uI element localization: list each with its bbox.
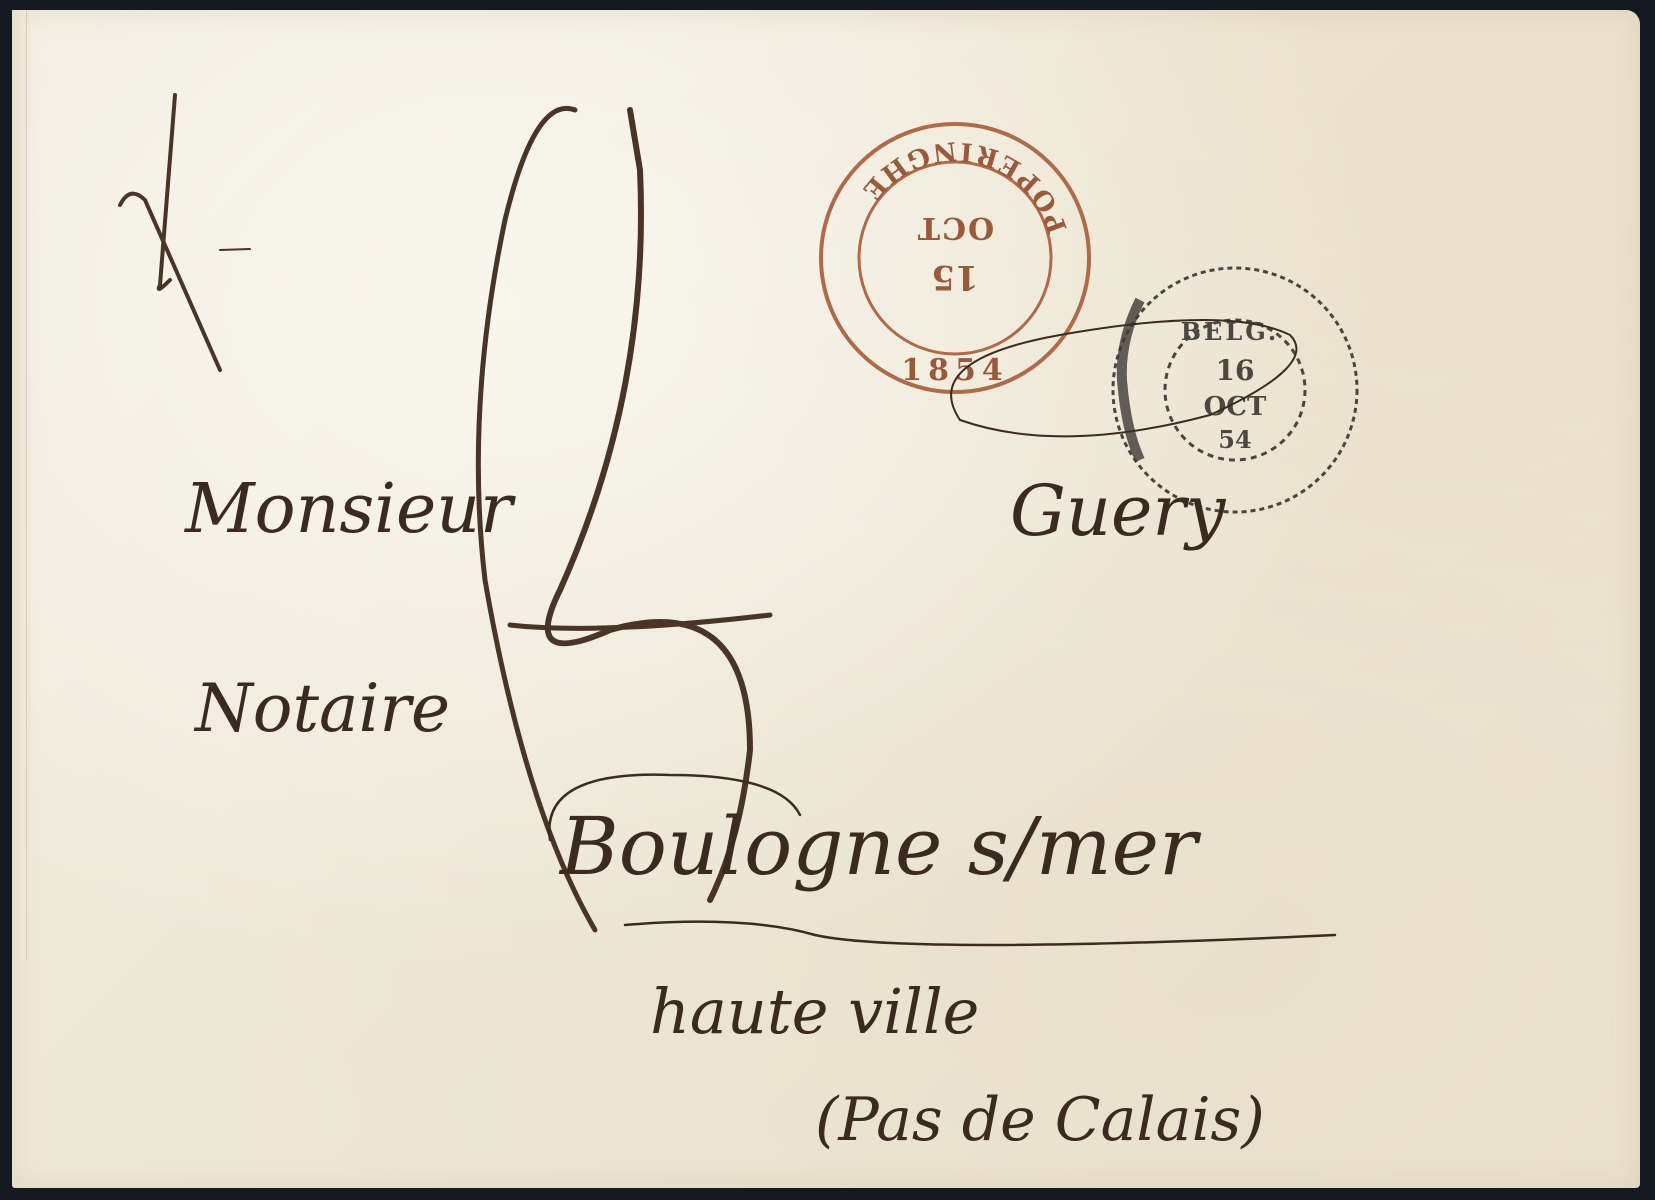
- address-profession: Notaire: [195, 670, 450, 747]
- address-salutation: Monsieur: [185, 470, 513, 549]
- manuscript-rate-2: [120, 95, 250, 370]
- poperinghe-datestamp: POPERINGHE 1854 15 OCT: [821, 124, 1089, 392]
- address-name: Guery: [1010, 470, 1225, 552]
- datestamp-year: 1854: [901, 353, 1009, 388]
- entry-stamp-month: OCT: [1204, 392, 1267, 422]
- address-city: Boulogne s/mer: [560, 800, 1197, 893]
- address-department: (Pas de Calais): [815, 1085, 1265, 1155]
- datestamp-month: OCT: [916, 210, 994, 245]
- entry-stamp-year: 54: [1218, 425, 1251, 454]
- entry-stamp-day: 16: [1216, 354, 1255, 387]
- address-district: haute ville: [650, 975, 979, 1048]
- datestamp-day: 15: [931, 257, 978, 297]
